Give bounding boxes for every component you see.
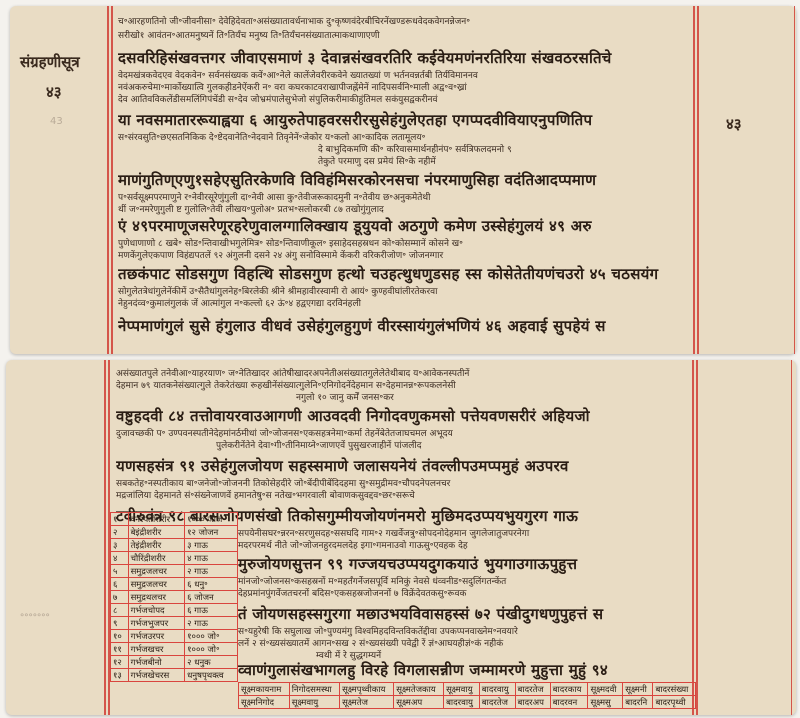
- row-number: ९: [111, 617, 129, 630]
- table-row: १वनस्पतीशरीर१००० जोज: [111, 513, 238, 526]
- text-line: नगुलो १० जानु कर्में जनस॰कर: [296, 390, 692, 403]
- row-number: १०: [111, 630, 129, 643]
- text-line: यणसहसंत्र ९१ उसेहंगुलजोयण सहस्समाणे जलास…: [116, 456, 692, 476]
- table-cell: सूक्ष्मनी: [623, 683, 653, 696]
- being-name: गर्भजखचर: [128, 643, 185, 656]
- text-line: तेकुते परमाणु दस प्रमेयं सि॰के नहीमें: [318, 154, 693, 167]
- being-name: गर्भजबीनो: [128, 656, 185, 669]
- table-row: सूक्ष्मकायनाम निगोदसमस्था सूक्ष्मपृथ्वीक…: [239, 683, 696, 696]
- lifespan-table: सूक्ष्मकायनाम निगोदसमस्था सूक्ष्मपृथ्वीक…: [238, 682, 696, 709]
- text-line: नेप्पमाणंगुलं सुसे हंगुलाउ वीधवं उसेहंगु…: [118, 316, 693, 336]
- table-cell: बादरसंख्या: [653, 683, 696, 696]
- right-margin-rule-inner: [696, 360, 698, 715]
- table-row: ८गर्भजचोपद६ गाऊ: [111, 604, 238, 617]
- row-number: २: [111, 526, 129, 539]
- row-number: ८: [111, 604, 129, 617]
- being-name: गर्भजउरपर: [128, 630, 185, 643]
- table-row: ४चौरिंद्रीशरीर४ गाऊ: [111, 552, 238, 565]
- table-cell: सूक्ष्मअप: [394, 696, 444, 709]
- table-row: ११गर्भजखचर१००० जो॰: [111, 643, 238, 656]
- measure: ४ गाऊ: [185, 552, 238, 565]
- table-cell: बादरअप: [515, 696, 550, 709]
- row-number: ३: [111, 539, 129, 552]
- text-line: नेहुनदंव्व॰कुमालंगुलकं जें आत्मांगुल न॰क…: [118, 296, 693, 309]
- row-number: ११: [111, 643, 129, 656]
- table-cell: सूक्ष्मवायु: [444, 683, 480, 696]
- right-edge-rule: [794, 6, 795, 354]
- table-row: ५समुद्रजलचर२ गाऊ: [111, 565, 238, 578]
- text-line: वष्टुहदवी ८४ तत्तोवायरवाउआगणी आउवदवी निग…: [116, 406, 692, 426]
- bleed-through-mark: ॰॰॰॰॰॰॰: [20, 608, 50, 622]
- row-number: १२: [111, 656, 129, 669]
- measure: धनुषपृथक्त्व: [185, 669, 238, 682]
- table-cell: निगोदसमस्था: [289, 683, 339, 696]
- measure: १२ जोजन: [185, 526, 238, 539]
- table-cell: बादरवायु: [444, 696, 480, 709]
- text-line: पुलेकरीनेंतेने देवा॰गी॰तीनिमाय्ने॰जाणएवे…: [216, 438, 692, 451]
- right-margin-rule-inner: [697, 6, 699, 354]
- being-name: गर्भजभुजपर: [128, 617, 185, 630]
- body-size-table: १वनस्पतीशरीर१००० जोज २बेइंद्रीशरीर१२ जोज…: [110, 512, 238, 682]
- text-line: सरीखो१ आवंतन॰आतमनुष्यनें ति॰तिर्यंच मनुष…: [118, 28, 693, 41]
- right-folio-number: ४३: [726, 114, 742, 134]
- being-name: समुद्रजलचर: [128, 565, 185, 578]
- text-line: व्वाणंगुलासंखभागलहु विरहे विगलासन्नीण जम…: [238, 660, 692, 680]
- text-line: दसवरिहिसंखवत्तगर जीवाएसमाणं ३ देवान्नसंख…: [118, 48, 693, 68]
- being-name: तेइंद्रीशरीर: [128, 539, 185, 552]
- text-line: माणंगुतिण्एणु१सहेएसुतिरकेणवि विविहंमिसरक…: [118, 170, 693, 190]
- being-name: गर्भजचोपद: [128, 604, 185, 617]
- measure: १००० जो॰: [185, 643, 238, 656]
- being-name: समुद्रथलचर: [128, 591, 185, 604]
- table-row: ६समुद्रजलचर६ धनु॰: [111, 578, 238, 591]
- table-cell: सूक्ष्मतेज: [340, 696, 394, 709]
- right-margin-rule: [693, 6, 695, 354]
- text-line: मदरपरमर्थ नीते जो॰जोजनहुरदमलदेह इगा॰गमना…: [238, 538, 692, 551]
- table-row: ३तेइंद्रीशरीर३ गाऊ: [111, 539, 238, 552]
- being-name: गर्भजखेचरस: [128, 669, 185, 682]
- bottom-folio: ॰॰॰॰॰॰॰ असंख्यातपुले तनेवीआ॰याहरयाण॰ ज॰न…: [6, 360, 796, 715]
- table-cell: बादरवायु: [479, 683, 515, 696]
- table-cell: बादरतेज: [515, 683, 550, 696]
- table-row: २बेइंद्रीशरीर१२ जोजन: [111, 526, 238, 539]
- table-cell: सूक्ष्मतेजकाय: [394, 683, 444, 696]
- table-row: १२गर्भजबीनो२ धनुक: [111, 656, 238, 669]
- row-number: १३: [111, 669, 129, 682]
- measure: ६ जोजन: [185, 591, 238, 604]
- left-margin-rule: [104, 360, 106, 715]
- margin-title: संग्रहणीसूत्र: [20, 52, 80, 72]
- table-row: ७समुद्रथलचर६ जोजन: [111, 591, 238, 604]
- measure: १००० जो॰: [185, 630, 238, 643]
- measure: २ गाऊ: [185, 617, 238, 630]
- right-margin-rule: [692, 360, 694, 715]
- measure: २ धनुक: [185, 656, 238, 669]
- text-line: देहप्रमांनपुंगर्वेजतचरनों बदिस॰एकसहस्रजो…: [238, 586, 692, 599]
- table-cell: बादरतेज: [479, 696, 515, 709]
- table-row: १३गर्भजखेचरसधनुषपृथक्त्व: [111, 669, 238, 682]
- text-line: च॰आरहणतिनो जी॰जीवनीसा॰ देवेहिदेवता॰असंख्…: [118, 14, 693, 27]
- being-name: समुद्रजलचर: [128, 578, 185, 591]
- measure: २ गाऊ: [185, 565, 238, 578]
- table-cell: सूक्ष्मनिगोद: [239, 696, 290, 709]
- measure: ६ धनु॰: [185, 578, 238, 591]
- table-cell: बादरपृथ्वी: [653, 696, 696, 709]
- left-folio-number: ४३: [46, 82, 62, 102]
- row-number: १: [111, 513, 129, 526]
- right-edge-rule: [791, 360, 792, 715]
- text-line: मणकेंगुलेएकपाण विहंद्यपतलें ९२ अंगुलनी द…: [118, 248, 693, 261]
- being-name: वनस्पतीशरीर: [128, 513, 185, 526]
- row-number: ७: [111, 591, 129, 604]
- text-line: मुरुजोयणसुत्तन ९९ गज्जयचउप्पयदुगकयाउं भु…: [238, 554, 692, 574]
- table-cell: सूक्ष्मदवी: [588, 683, 623, 696]
- table-cell: सूक्ष्मकायनाम: [239, 683, 290, 696]
- table-cell: बादरनि: [623, 696, 653, 709]
- being-name: चौरिंद्रीशरीर: [128, 552, 185, 565]
- measure: ३ गाऊ: [185, 539, 238, 552]
- top-text-block: च॰आरहणतिनो जी॰जीवनीसा॰ देवेहिदेवता॰असंख्…: [118, 10, 693, 350]
- table-cell: बादरवन: [550, 696, 588, 709]
- table-row: १०गर्भजउरपर१००० जो॰: [111, 630, 238, 643]
- pencil-mark: 43: [50, 116, 63, 127]
- table-cell: सूक्ष्मपृथ्वीकाय: [340, 683, 394, 696]
- table-row: सूक्ष्मनिगोद सूक्ष्मवायु सूक्ष्मतेज सूक्…: [239, 696, 696, 709]
- table-cell: सूक्ष्मसु: [588, 696, 623, 709]
- table-cell: बादरकाय: [550, 683, 588, 696]
- text-line: तं जोयणसहस्सगुरगा मछाउभयविवासहस्सं ७२ पं…: [238, 604, 692, 624]
- text-line: एं ४९परमाणूजसरेणूरहरेणुवालग्गालिक्खाय डू…: [118, 216, 693, 236]
- row-number: ५: [111, 565, 129, 578]
- top-folio: संग्रहणीसूत्र ४३ ४३ 43 च॰आरहणतिनो जी॰जीव…: [10, 6, 796, 354]
- row-number: ६: [111, 578, 129, 591]
- being-name: बेइंद्रीशरीर: [128, 526, 185, 539]
- measure: १००० जोज: [185, 513, 238, 526]
- text-line: या नवसमाताररूयाह्वया ६ आयुरुतेपाहवरसरीरस…: [118, 110, 693, 130]
- measure: ६ गाऊ: [185, 604, 238, 617]
- table-cell: सूक्ष्मवायु: [289, 696, 339, 709]
- text-line: मद्रजांलिया देहमानते सं॰संख्नेजाणवें हमा…: [116, 488, 692, 501]
- text-line: थीं ज॰नमरेणुगुली ष्ट गुलोलि॰तेवी लीखय॰पु…: [118, 202, 693, 215]
- row-number: ४: [111, 552, 129, 565]
- text-line: देव आतिवविकलेंडीसमलिंगिपंचेंडी स॰देव जोभ…: [118, 92, 693, 105]
- left-margin-rule: [107, 6, 109, 354]
- table-row: ९गर्भजभुजपर२ गाऊ: [111, 617, 238, 630]
- left-margin-rule-inner: [111, 6, 113, 354]
- text-line: तछकंपाट सोडसगुण विहत्थि सोडसगुण हत्थो चउ…: [118, 264, 693, 284]
